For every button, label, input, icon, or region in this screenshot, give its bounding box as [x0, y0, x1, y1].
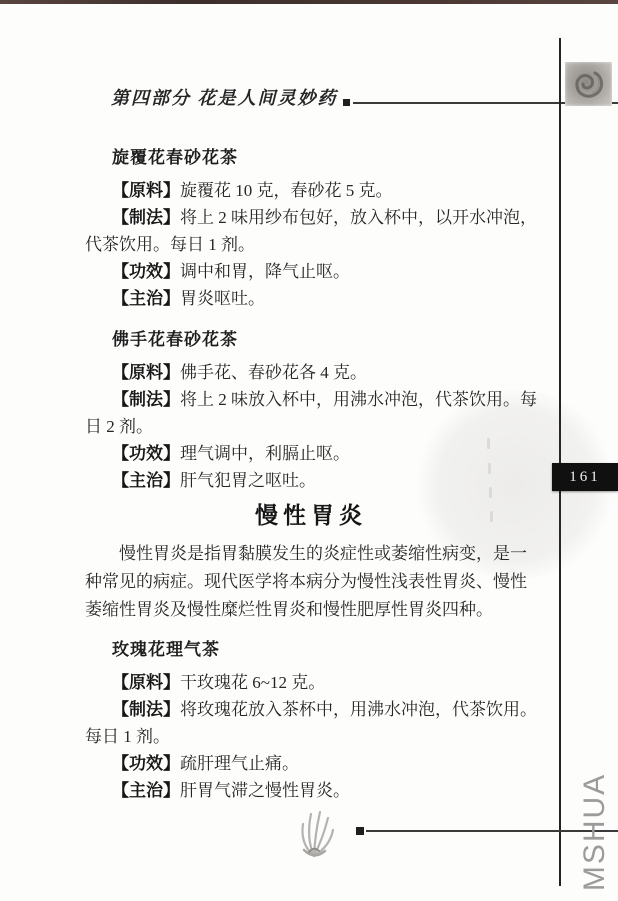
- book-page: 第四部分 花是人间灵妙药 161 旋覆花春砂花茶 【原料】旋覆花 10 克，春砂…: [0, 0, 618, 901]
- entry-label: 【主治】: [112, 781, 180, 800]
- spiral-stamp-icon: [565, 62, 612, 106]
- entry-indication: 【主治】肝胃气滞之慢性胃炎。: [85, 777, 537, 804]
- header-bullet-square: [343, 99, 350, 106]
- entry-text: 疏肝理气止痛。: [180, 754, 299, 773]
- running-header-title: 第四部分 花是人间灵妙药: [111, 84, 338, 110]
- tea-section: 玫瑰花理气茶 【原料】干玫瑰花 6~12 克。 【制法】将玫瑰花放入茶杯中，用沸…: [85, 636, 537, 804]
- entry-indication: 【主治】胃炎呕吐。: [85, 285, 537, 312]
- entry-effect: 【功效】调中和胃，降气止呕。: [85, 258, 537, 285]
- scan-top-edge: [0, 0, 618, 4]
- entry-label: 【功效】: [112, 754, 180, 773]
- tea-title: 玫瑰花理气茶: [85, 636, 537, 663]
- entry-method: 【制法】将上 2 味放入杯中，用沸水冲泡，代茶饮用。每日 2 剂。: [85, 386, 537, 440]
- entry-indication: 【主治】肝气犯胃之呕吐。: [85, 467, 537, 494]
- entry-label: 【功效】: [112, 444, 180, 463]
- entry-method: 【制法】将玫瑰花放入茶杯中，用沸水冲泡，代茶饮用。每日 1 剂。: [85, 696, 537, 750]
- chapter-intro: 慢性胃炎是指胃黏膜发生的炎症性或萎缩性病变，是一种常见的病症。现代医学将本病分为…: [85, 540, 537, 624]
- entry-ingredients: 【原料】干玫瑰花 6~12 克。: [85, 669, 537, 696]
- entry-label: 【主治】: [112, 289, 180, 308]
- entry-text: 胃炎呕吐。: [180, 289, 265, 308]
- entry-text: 佛手花、春砂花各 4 克。: [180, 363, 367, 382]
- entry-ingredients: 【原料】旋覆花 10 克，春砂花 5 克。: [85, 177, 537, 204]
- footer-bullet-square: [356, 827, 364, 835]
- entry-label: 【制法】: [112, 700, 180, 719]
- entry-label: 【制法】: [112, 390, 180, 409]
- tea-section: 旋覆花春砂花茶 【原料】旋覆花 10 克，春砂花 5 克。 【制法】将上 2 味…: [85, 144, 537, 312]
- entry-effect: 【功效】理气调中，利膈止呕。: [85, 440, 537, 467]
- entry-text: 调中和胃，降气止呕。: [180, 262, 350, 281]
- shell-ornament-icon: [292, 806, 338, 862]
- tea-title: 佛手花春砂花茶: [85, 326, 537, 353]
- entry-text: 干玫瑰花 6~12 克。: [180, 673, 325, 692]
- entry-label: 【原料】: [112, 363, 180, 382]
- chapter-title: 慢性胃炎: [85, 500, 537, 530]
- entry-effect: 【功效】疏肝理气止痛。: [85, 750, 537, 777]
- entry-text: 理气调中，利膈止呕。: [180, 444, 350, 463]
- entry-label: 【原料】: [112, 181, 180, 200]
- entry-label: 【功效】: [112, 262, 180, 281]
- page-number-tab: 161: [552, 463, 618, 491]
- entry-text: 肝气犯胃之呕吐。: [180, 471, 316, 490]
- entry-label: 【制法】: [112, 208, 180, 227]
- tea-section: 佛手花春砂花茶 【原料】佛手花、春砂花各 4 克。 【制法】将上 2 味放入杯中…: [85, 326, 537, 494]
- entry-label: 【原料】: [112, 673, 180, 692]
- entry-text: 肝胃气滞之慢性胃炎。: [180, 781, 350, 800]
- entry-ingredients: 【原料】佛手花、春砂花各 4 克。: [85, 359, 537, 386]
- tea-title: 旋覆花春砂花茶: [85, 144, 537, 171]
- entry-text: 旋覆花 10 克，春砂花 5 克。: [180, 181, 393, 200]
- publisher-watermark: MSHUA: [575, 762, 615, 901]
- entry-label: 【主治】: [112, 471, 180, 490]
- entry-method: 【制法】将上 2 味用纱布包好，放入杯中，以开水冲泡，代茶饮用。每日 1 剂。: [85, 204, 537, 258]
- page-number: 161: [569, 469, 601, 486]
- content-column: 旋覆花春砂花茶 【原料】旋覆花 10 克，春砂花 5 克。 【制法】将上 2 味…: [85, 144, 537, 804]
